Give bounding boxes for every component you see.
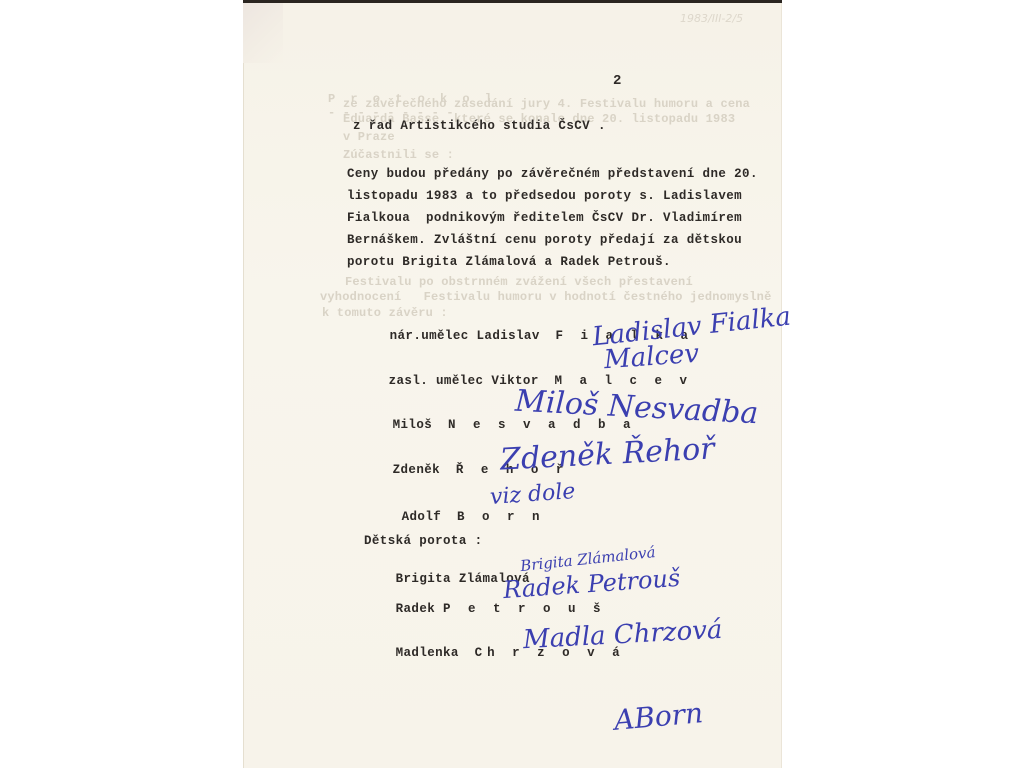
jury-prefix: Adolf — [402, 510, 442, 524]
page-number: 2 — [613, 73, 621, 89]
jury-prefix: Madlenka — [396, 646, 459, 660]
archive-mark: 1983/III-2/5 — [680, 12, 743, 25]
paragraph-line: porotu Brigita Zlámalová a Radek Petrouš… — [347, 251, 727, 273]
show-through-line: ze závěrečného zasedání jury 4. Festival… — [343, 97, 750, 111]
jury-surname: B o r n — [457, 510, 545, 524]
children-jury-heading: Dětská porota : — [364, 534, 483, 548]
jury-prefix: nár.umělec Ladislav — [390, 329, 540, 343]
page-top-edge — [243, 0, 782, 3]
jury-prefix: Miloš — [393, 418, 433, 432]
show-through-line: Zúčastnili se : — [343, 148, 454, 162]
paragraph-line: listopadu 1983 a to předsedou poroty s. … — [347, 185, 727, 207]
paragraph-line: Bernáškem. Zvláštní cenu poroty předají … — [347, 229, 727, 251]
corner-fold — [243, 3, 283, 63]
jury-prefix: Zdeněk — [393, 463, 440, 477]
paragraph-line: Fialkoua podnikovým ředitelem ČsCV Dr. V… — [347, 207, 727, 229]
show-through-line: Festivalu po obstrnném zvážení všech pře… — [345, 275, 693, 289]
jury-prefix: Brigita — [396, 572, 451, 586]
show-through-line: vyhodnocení Festivalu humoru v hodnotí č… — [320, 290, 771, 304]
paragraph-line: Ceny budou předány po závěrečném předsta… — [347, 163, 727, 185]
intro-line: z řad Artistikcého studia ČsCV . — [353, 119, 606, 133]
awards-paragraph: Ceny budou předány po závěrečném předsta… — [347, 163, 727, 273]
jury-surname: P e t r o u š — [443, 602, 606, 616]
jury-prefix: Radek — [396, 602, 436, 616]
